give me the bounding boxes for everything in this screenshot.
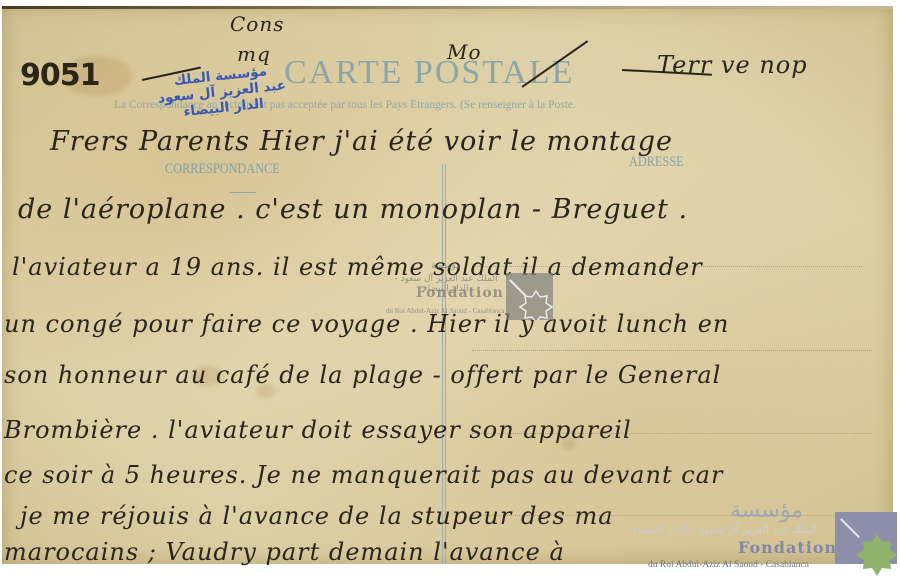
handwritten-header: Cons — [230, 12, 285, 36]
handwritten-top-right: Terr ve nop — [657, 51, 808, 79]
handwritten-line: son honneur au café de la plage - offert… — [4, 361, 721, 389]
correspondence-label: CORRESPONDANCE — [165, 161, 280, 178]
postcard-title: CARTE POSTALE — [284, 54, 574, 92]
address-line — [472, 350, 872, 351]
handwritten-line: marocains ; Vaudry part demain l'avance … — [4, 538, 565, 566]
archive-number: 9051 — [20, 58, 100, 93]
handwritten-header: Mo — [447, 40, 482, 64]
postcard: CARTE POSTALE La Correspondance au recto… — [2, 6, 893, 564]
handwritten-line: Frers Parents Hier j'ai été voir le mont… — [50, 126, 673, 157]
institution-stamp: مؤسسة الملك عبد العزيز آل سعود الدار الب… — [150, 61, 294, 123]
handwritten-line: l'aviateur a 19 ans. il est même soldat … — [12, 253, 703, 281]
handwritten-line: ce soir à 5 heures. Je ne manquerait pas… — [4, 461, 723, 489]
foundation-logo-icon — [506, 273, 553, 320]
archive-number-text: 9051 — [20, 58, 100, 93]
handwritten-line: Brombière . l'aviateur doit essayer son … — [4, 416, 632, 444]
watermark-subtitle: du Roi Abdul-Aziz Al Saoud - Casablanca — [648, 560, 809, 570]
watermark-center: مؤسسة الملك عبد العزيز آل سعود - الدار ا… — [386, 261, 556, 326]
foundation-logo-icon — [835, 512, 897, 564]
watermark-arabic: الملك عبد العزيز آل سعود - الدار البيضاء — [620, 523, 830, 536]
card-top-edge — [2, 6, 893, 9]
star-icon — [835, 512, 897, 577]
watermark-arabic-large: مؤسسة — [730, 498, 803, 523]
scanned-image: CARTE POSTALE La Correspondance au recto… — [0, 0, 900, 577]
handwritten-line: je me réjouis à l'avance de la stupeur d… — [20, 502, 614, 530]
handwritten-line: un congé pour faire ce voyage . Hier il … — [4, 310, 729, 338]
handwritten-line: de l'aéroplane . c'est un monoplan - Bre… — [18, 194, 688, 225]
star-icon — [506, 273, 553, 320]
watermark-arabic: مؤسسة — [386, 261, 506, 271]
watermark-name: Fondation — [738, 538, 837, 557]
watermark-corner: مؤسسة الملك عبد العزيز آل سعود - الدار ا… — [620, 500, 900, 577]
watermark-name: Fondation — [416, 285, 504, 301]
correspondence-underline — [230, 192, 256, 193]
watermark-subtitle: du Roi Abdul-Aziz Al Saoud - Casablanca — [386, 307, 505, 315]
handwritten-header: mq — [237, 42, 271, 66]
